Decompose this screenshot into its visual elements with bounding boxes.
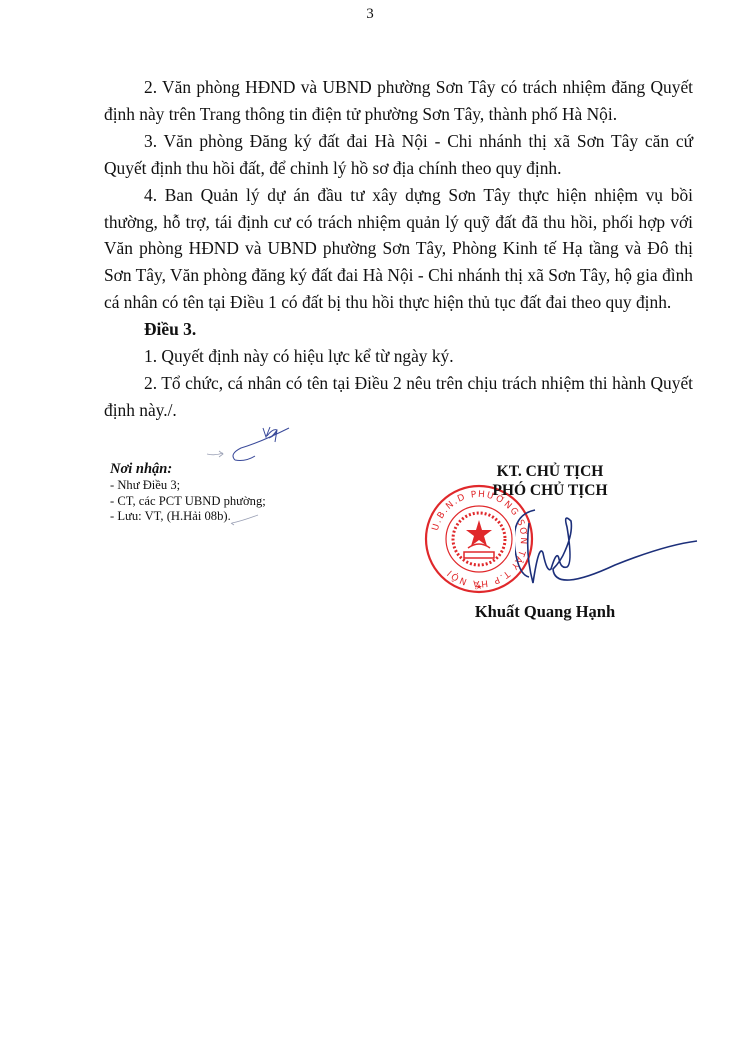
article3-item1: 1. Quyết định này có hiệu lực kể từ ngày… — [104, 343, 693, 370]
recipient-item: - CT, các PCT UBND phường; — [110, 494, 266, 510]
paragraph-article2-item2: 2. Văn phòng HĐND và UBND phường Sơn Tây… — [104, 74, 693, 128]
initials-signature-icon — [205, 424, 290, 464]
document-body: 2. Văn phòng HĐND và UBND phường Sơn Tây… — [104, 74, 693, 424]
sign-line-1: KT. CHỦ TỊCH — [440, 462, 660, 481]
recipients-title: Nơi nhận: — [110, 461, 266, 478]
article3-heading: Điều 3. — [104, 316, 693, 343]
signature-title-block: KT. CHỦ TỊCH PHÓ CHỦ TỊCH — [440, 462, 660, 500]
paragraph-article2-item3: 3. Văn phòng Đăng ký đất đai Hà Nội - Ch… — [104, 128, 693, 182]
sign-line-2: PHÓ CHỦ TỊCH — [440, 481, 660, 500]
paragraph-article2-item4: 4. Ban Quản lý dự án đầu tư xây dựng Sơn… — [104, 182, 693, 317]
page-number: 3 — [0, 6, 740, 23]
initials-mark-icon — [230, 513, 260, 527]
article3-item2: 2. Tổ chức, cá nhân có tên tại Điều 2 nê… — [104, 370, 693, 424]
recipient-item: - Như Điều 3; — [110, 478, 266, 494]
signer-name: Khuất Quang Hạnh — [455, 602, 635, 622]
handwritten-signature-icon — [515, 505, 700, 595]
